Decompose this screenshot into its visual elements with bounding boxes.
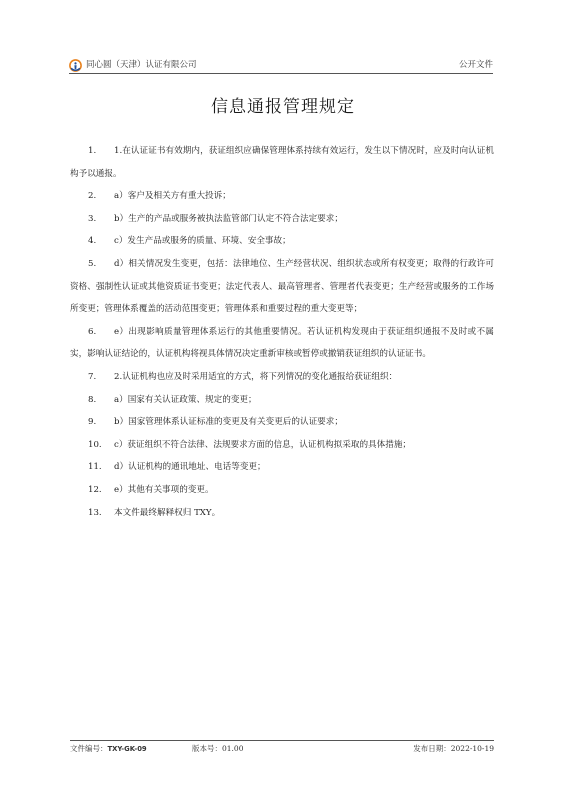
item-text: 本文件最终解释权归 TXY。 (114, 508, 220, 518)
item-number: 10. (88, 434, 114, 457)
company-name: 同心圆（天津）认证有限公司 (86, 58, 197, 70)
version-number: 版本号：01.00 (192, 743, 243, 754)
list-item: 4.c）发生产品或服务的质量、环境、安全事故； (70, 230, 494, 253)
item-number: 4. (88, 230, 114, 253)
list-item: 11.d）认证机构的通讯地址、电话等变更； (70, 456, 494, 479)
item-text: b）生产的产品或服务被执法监管部门认定不符合法定要求； (114, 214, 343, 224)
item-text: a）国家有关认证政策、规定的变更； (114, 395, 257, 405)
publish-date: 发布日期：2022-10-19 (413, 743, 494, 754)
item-number: 9. (88, 411, 114, 434)
list-item: 7.2.认证机构也应及时采用适宜的方式，将下列情况的变化通报给获证组织： (70, 366, 494, 389)
item-number: 1. (88, 140, 114, 163)
list-item: 9.b）国家管理体系认证标准的变更及有关变更后的认证要求； (70, 411, 494, 434)
list-item: 12.e）其他有关事项的变更。 (70, 479, 494, 502)
item-number: 3. (88, 208, 114, 231)
document-page: 同心圆（天津）认证有限公司 公开文件 信息通报管理规定 1.1.在认证证书有效期… (0, 0, 566, 800)
item-number: 11. (88, 456, 114, 479)
item-number: 8. (88, 389, 114, 412)
list-item: 10.c）获证组织不符合法律、法规要求方面的信息，认证机构拟采取的具体措施； (70, 434, 494, 457)
item-text: c）获证组织不符合法律、法规要求方面的信息，认证机构拟采取的具体措施； (114, 440, 411, 450)
item-text: d）相关情况发生变更，包括：法律地位、生产经营状况、组织状态或所有权变更；取得的… (70, 259, 494, 314)
item-text: c）发生产品或服务的质量、环境、安全事故； (114, 236, 291, 246)
list-item: 1.1.在认证证书有效期内，获证组织应确保管理体系持续有效运行，发生以下情况时，… (70, 140, 494, 185)
item-text: e）出现影响质量管理体系运行的其他重要情况。若认证机构发现由于获证组织通报不及时… (70, 327, 494, 360)
item-number: 13. (88, 502, 114, 525)
list-item: 3.b）生产的产品或服务被执法监管部门认定不符合法定要求； (70, 208, 494, 231)
item-number: 2. (88, 185, 114, 208)
item-text: e）其他有关事项的变更。 (114, 485, 214, 495)
list-item: 5.d）相关情况发生变更，包括：法律地位、生产经营状况、组织状态或所有权变更；取… (70, 253, 494, 321)
document-body: 1.1.在认证证书有效期内，获证组织应确保管理体系持续有效运行，发生以下情况时，… (70, 140, 494, 524)
list-item: 2.a）客户及相关方有重大投诉； (70, 185, 494, 208)
page-footer: 文件编号：TXY-GK-09 版本号：01.00 发布日期：2022-10-19 (70, 743, 494, 755)
document-title: 信息通报管理规定 (0, 92, 566, 117)
page-header: 同心圆（天津）认证有限公司 公开文件 (69, 57, 493, 73)
document-number-label: 文件编号： (70, 744, 108, 753)
item-text: 2.认证机构也应及时采用适宜的方式，将下列情况的变化通报给获证组织： (114, 372, 397, 382)
header-divider (69, 73, 493, 74)
item-text: a）客户及相关方有重大投诉； (114, 191, 231, 201)
document-classification: 公开文件 (459, 58, 493, 70)
item-text: d）认证机构的通讯地址、电话等变更； (114, 462, 266, 472)
item-number: 6. (88, 321, 114, 344)
list-item: 8.a）国家有关认证政策、规定的变更； (70, 389, 494, 412)
item-number: 12. (88, 479, 114, 502)
item-text: b）国家管理体系认证标准的变更及有关变更后的认证要求； (114, 417, 343, 427)
document-number-value: TXY-GK-09 (108, 745, 147, 753)
footer-divider (70, 740, 494, 741)
company-logo-icon (69, 57, 82, 70)
item-number: 7. (88, 366, 114, 389)
list-item: 6.e）出现影响质量管理体系运行的其他重要情况。若认证机构发现由于获证组织通报不… (70, 321, 494, 366)
document-number: 文件编号：TXY-GK-09 (70, 743, 147, 754)
item-number: 5. (88, 253, 114, 276)
item-text: 1.在认证证书有效期内，获证组织应确保管理体系持续有效运行，发生以下情况时，应及… (70, 146, 494, 179)
list-item: 13.本文件最终解释权归 TXY。 (70, 502, 494, 525)
